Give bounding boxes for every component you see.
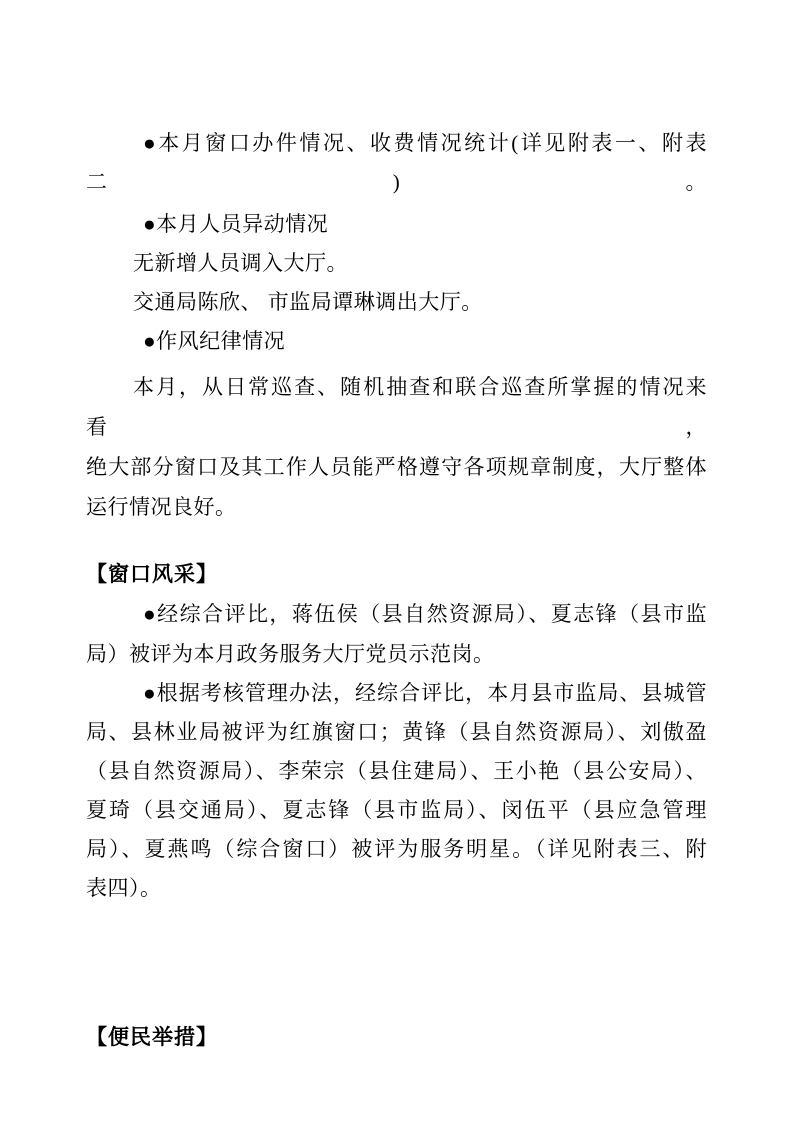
- service-star-line: 局、县林业局被评为红旗窗口；黄锋（县自然资源局）、刘傲盈: [86, 713, 707, 752]
- service-star-line: （县自然资源局）、李荣宗（县住建局）、王小艳（县公安局）、: [86, 752, 707, 791]
- service-star-line: ●根据考核管理办法，经综合评比，本月县市监局、县城管: [86, 674, 707, 713]
- discipline-paragraph: 本月，从日常巡查、随机抽查和联合巡查所掌握的情况来看， 绝大部分窗口及其工作人员…: [86, 367, 707, 527]
- party-model-paragraph: ●经综合评比，蒋伍侯（县自然资源局）、夏志锋（县市监 局）被评为本月政务服务大厅…: [86, 594, 707, 674]
- service-star-line: 局）、夏燕鸣（综合窗口）被评为服务明星。（详见附表三、附: [86, 830, 707, 869]
- section-heading-convenience-measures: 【便民举措】: [86, 1018, 707, 1057]
- service-star-line: 表四）。: [86, 869, 707, 908]
- bullet-item-discipline: ●作风纪律情况: [86, 322, 707, 361]
- party-model-line: ●经综合评比，蒋伍侯（县自然资源局）、夏志锋（县市监: [86, 594, 707, 634]
- bullet-item-stats: ●本月窗口办件情况、收费情况统计(详见附表一、附表二)。: [86, 124, 707, 202]
- party-model-line: 局）被评为本月政务服务大厅党员示范岗。: [86, 634, 707, 674]
- document-page: ●本月窗口办件情况、收费情况统计(详见附表一、附表二)。 ●本月人员异动情况 无…: [0, 0, 793, 1122]
- section-heading-window-highlights: 【窗口风采】: [86, 555, 707, 594]
- discipline-line: 运行情况良好。: [86, 487, 707, 527]
- bullet-item-personnel: ●本月人员异动情况: [86, 205, 707, 244]
- service-star-paragraph: ●根据考核管理办法，经综合评比，本月县市监局、县城管 局、县林业局被评为红旗窗口…: [86, 674, 707, 908]
- personnel-out-line: 交通局陈欣、 市监局谭琳调出大厅。: [86, 283, 707, 322]
- discipline-line: 绝大部分窗口及其工作人员能严格遵守各项规章制度，大厅整体: [86, 447, 707, 487]
- service-star-line: 夏琦（县交通局）、夏志锋（县市监局）、闵伍平（县应急管理: [86, 791, 707, 830]
- personnel-in-line: 无新增人员调入大厅。: [86, 244, 707, 283]
- discipline-line: 本月，从日常巡查、随机抽查和联合巡查所掌握的情况来看，: [86, 367, 707, 447]
